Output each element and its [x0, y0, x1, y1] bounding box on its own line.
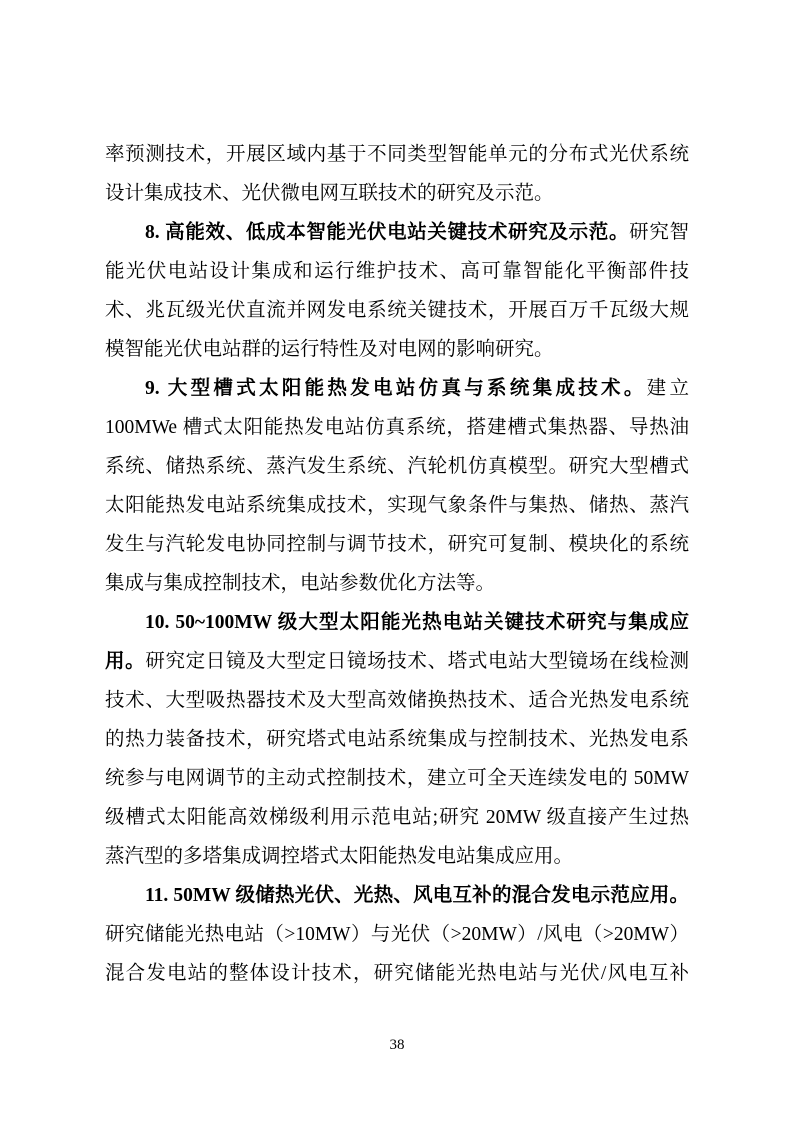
body-text: 100MWe 槽式太阳能热发电站仿真系统，搭建槽式集热器、导热油 — [105, 417, 689, 438]
body-text: 系统、储热系统、蒸汽发生系统、汽轮机仿真模型。研究大型槽式 — [105, 456, 689, 477]
text-line: 11. 50MW 级储热光伏、光热、风电互补的混合发电示范应用。 — [105, 876, 689, 915]
text-line: 模智能光伏电站群的运行特性及对电网的影响研究。 — [105, 330, 689, 369]
text-line: 能光伏电站设计集成和运行维护技术、高可靠智能化平衡部件技 — [105, 252, 689, 291]
body-text: 统参与电网调节的主动式控制技术，建立可全天连续发电的 50MW — [105, 768, 689, 789]
body-text: 发生与汽轮发电协同控制与调节技术，研究可复制、模块化的系统 — [105, 534, 689, 555]
text-line: 8. 高能效、低成本智能光伏电站关键技术研究及示范。研究智 — [105, 213, 689, 252]
heading-text: 9. 大型槽式太阳能热发电站仿真与系统集成技术。 — [145, 378, 647, 399]
body-text: 模智能光伏电站群的运行特性及对电网的影响研究。 — [105, 339, 554, 360]
text-line: 发生与汽轮发电协同控制与调节技术，研究可复制、模块化的系统 — [105, 525, 689, 564]
text-line: 9. 大型槽式太阳能热发电站仿真与系统集成技术。建立 — [105, 369, 689, 408]
text-line: 设计集成技术、光伏微电网互联技术的研究及示范。 — [105, 174, 689, 213]
heading-text: 8. 高能效、低成本智能光伏电站关键技术研究及示范。 — [145, 222, 629, 243]
text-line: 10. 50~100MW 级大型太阳能光热电站关键技术研究与集成应 — [105, 603, 689, 642]
heading-text: 用。 — [105, 651, 145, 672]
body-text: 集成与集成控制技术，电站参数优化方法等。 — [105, 573, 495, 594]
text-line: 级槽式太阳能高效梯级利用示范电站;研究 20MW 级直接产生过热 — [105, 798, 689, 837]
page-number: 38 — [0, 1036, 794, 1054]
body-text: 级槽式太阳能高效梯级利用示范电站;研究 20MW 级直接产生过热 — [105, 807, 689, 828]
heading-text: 10. 50~100MW 级大型太阳能光热电站关键技术研究与集成应 — [145, 612, 689, 633]
heading-text: 11. 50MW 级储热光伏、光热、风电互补的混合发电示范应用。 — [145, 885, 689, 906]
body-text: 建立 — [647, 378, 689, 399]
document-body: 率预测技术，开展区域内基于不同类型智能单元的分布式光伏系统设计集成技术、光伏微电… — [105, 135, 689, 993]
body-text: 研究储能光热电站（>10MW）与光伏（>20MW）/风电（>20MW） — [105, 924, 689, 945]
text-line: 统参与电网调节的主动式控制技术，建立可全天连续发电的 50MW — [105, 759, 689, 798]
body-text: 蒸汽型的多塔集成调控塔式太阳能热发电站集成应用。 — [105, 846, 573, 867]
text-line: 率预测技术，开展区域内基于不同类型智能单元的分布式光伏系统 — [105, 135, 689, 174]
body-text: 混合发电站的整体设计技术，研究储能光热电站与光伏/风电互补 — [105, 963, 689, 984]
body-text: 太阳能热发电站系统集成技术，实现气象条件与集热、储热、蒸汽 — [105, 495, 689, 516]
text-line: 技术、大型吸热器技术及大型高效储换热技术、适合光热发电系统 — [105, 681, 689, 720]
body-text: 的热力装备技术，研究塔式电站系统集成与控制技术、光热发电系 — [105, 729, 689, 750]
body-text: 能光伏电站设计集成和运行维护技术、高可靠智能化平衡部件技 — [105, 261, 689, 282]
text-line: 集成与集成控制技术，电站参数优化方法等。 — [105, 564, 689, 603]
text-line: 的热力装备技术，研究塔式电站系统集成与控制技术、光热发电系 — [105, 720, 689, 759]
text-line: 太阳能热发电站系统集成技术，实现气象条件与集热、储热、蒸汽 — [105, 486, 689, 525]
text-line: 研究储能光热电站（>10MW）与光伏（>20MW）/风电（>20MW） — [105, 915, 689, 954]
body-text: 率预测技术，开展区域内基于不同类型智能单元的分布式光伏系统 — [105, 144, 689, 165]
body-text: 技术、大型吸热器技术及大型高效储换热技术、适合光热发电系统 — [105, 690, 689, 711]
body-text: 术、兆瓦级光伏直流并网发电系统关键技术，开展百万千瓦级大规 — [105, 300, 689, 321]
document-page: 率预测技术，开展区域内基于不同类型智能单元的分布式光伏系统设计集成技术、光伏微电… — [0, 0, 794, 1123]
body-text: 设计集成技术、光伏微电网互联技术的研究及示范。 — [105, 183, 554, 204]
text-line: 混合发电站的整体设计技术，研究储能光热电站与光伏/风电互补 — [105, 954, 689, 993]
text-line: 系统、储热系统、蒸汽发生系统、汽轮机仿真模型。研究大型槽式 — [105, 447, 689, 486]
body-text: 研究定日镜及大型定日镜场技术、塔式电站大型镜场在线检测 — [145, 651, 689, 672]
text-line: 100MWe 槽式太阳能热发电站仿真系统，搭建槽式集热器、导热油 — [105, 408, 689, 447]
text-line: 蒸汽型的多塔集成调控塔式太阳能热发电站集成应用。 — [105, 837, 689, 876]
text-line: 术、兆瓦级光伏直流并网发电系统关键技术，开展百万千瓦级大规 — [105, 291, 689, 330]
body-text: 研究智 — [629, 222, 689, 243]
text-line: 用。研究定日镜及大型定日镜场技术、塔式电站大型镜场在线检测 — [105, 642, 689, 681]
